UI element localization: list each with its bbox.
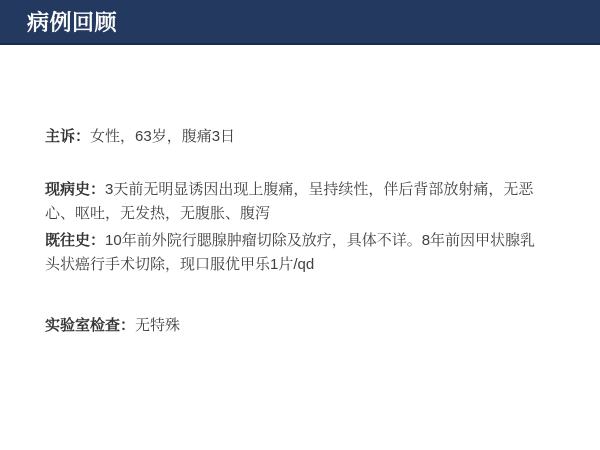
chief-complaint-paragraph: 主诉：女性，63岁，腹痛3日 <box>45 125 547 149</box>
past-history-text: 10年前外院行腮腺肿瘤切除及放疗，具体不详。8年前因甲状腺乳头状癌行手术切除，现… <box>45 232 535 273</box>
present-illness-paragraph: 现病史：3天前无明显诱因出现上腹痛，呈持续性，伴后背部放射痛，无恶心、呕吐，无发… <box>45 178 547 226</box>
lab-test-label: 实验室检查： <box>45 317 135 334</box>
slide-header: 病例回顾 <box>0 0 600 45</box>
past-history-label: 既往史： <box>45 232 105 249</box>
present-illness-text: 3天前无明显诱因出现上腹痛，呈持续性，伴后背部放射痛，无恶心、呕吐，无发热，无腹… <box>45 181 533 222</box>
chief-complaint-label: 主诉： <box>45 128 90 145</box>
slide-title: 病例回顾 <box>27 6 117 37</box>
past-history-paragraph: 既往史：10年前外院行腮腺肿瘤切除及放疗，具体不详。8年前因甲状腺乳头状癌行手术… <box>45 229 547 277</box>
slide: 病例回顾 主诉：女性，63岁，腹痛3日 现病史：3天前无明显诱因出现上腹痛，呈持… <box>0 0 600 450</box>
chief-complaint-text: 女性，63岁，腹痛3日 <box>90 128 235 145</box>
slide-body: 主诉：女性，63岁，腹痛3日 现病史：3天前无明显诱因出现上腹痛，呈持续性，伴后… <box>0 45 600 338</box>
lab-test-paragraph: 实验室检查：无特殊 <box>45 314 547 338</box>
present-illness-label: 现病史： <box>45 181 105 198</box>
lab-test-text: 无特殊 <box>135 317 180 334</box>
